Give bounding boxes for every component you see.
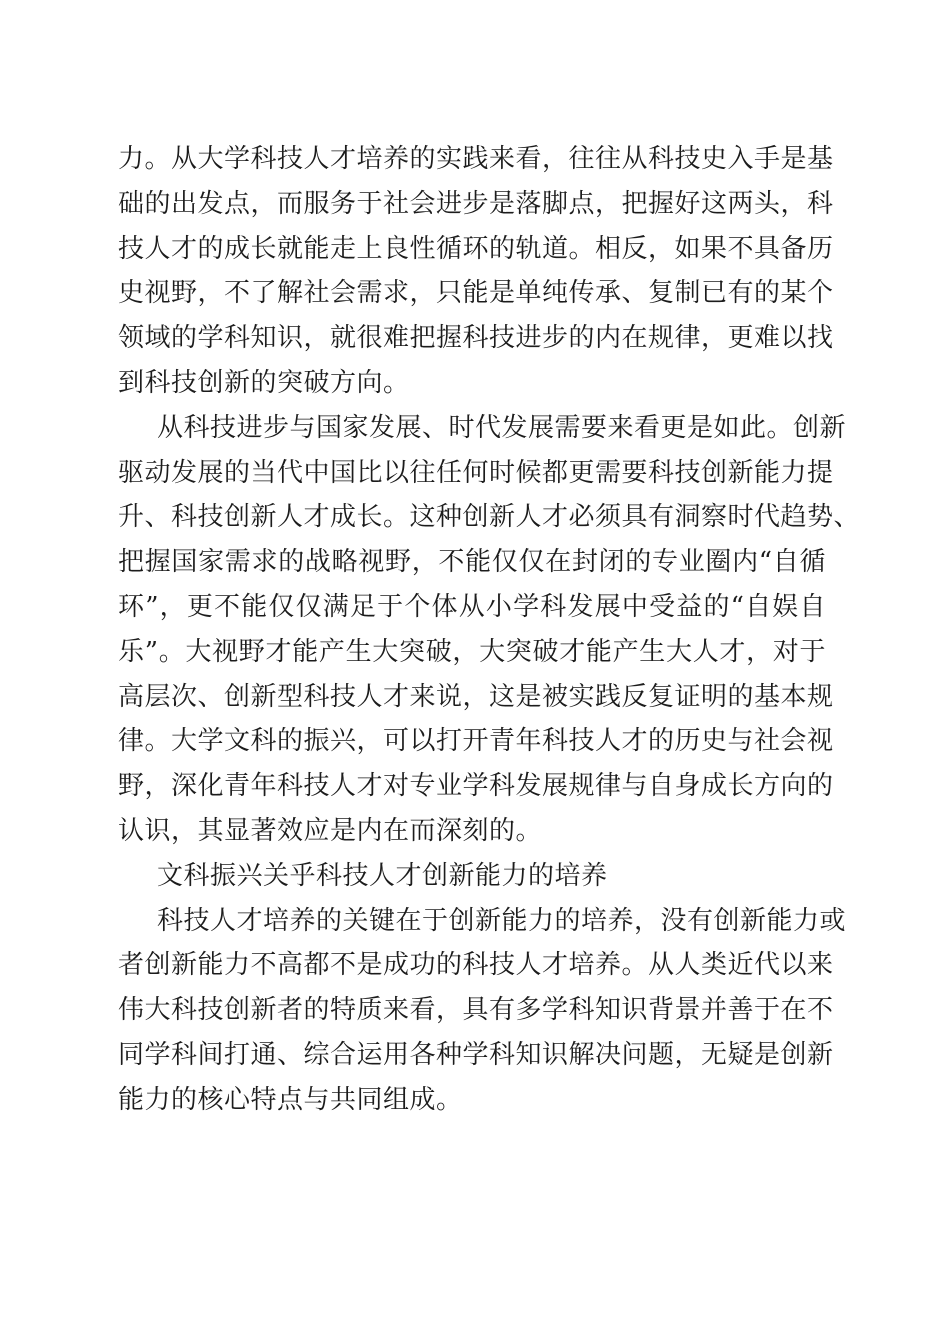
text-line: 领域的学科知识，就很难把握科技进步的内在规律，更难以找 bbox=[118, 316, 826, 361]
text-line: 伟大科技创新者的特质来看，具有多学科知识背景并善于在不 bbox=[118, 988, 826, 1033]
text-line: 史视野，不了解社会需求，只能是单纯传承、复制已有的某个 bbox=[118, 271, 826, 316]
text-line: 环”，更不能仅仅满足于个体从小学科发展中受益的“自娱自 bbox=[118, 585, 826, 630]
text-line: 野，深化青年科技人才对专业学科发展规律与自身成长方向的 bbox=[118, 764, 826, 809]
text-line: 础的出发点，而服务于社会进步是落脚点，把握好这两头，科 bbox=[118, 182, 826, 227]
text-line: 乐”。大视野才能产生大突破，大突破才能产生大人才，对于 bbox=[118, 630, 826, 675]
text-line: 技人才的成长就能走上良性循环的轨道。相反，如果不具备历 bbox=[118, 227, 826, 272]
document-page: 力。从大学科技人才培养的实践来看，往往从科技史入手是基础的出发点，而服务于社会进… bbox=[0, 0, 950, 1344]
document-text-block: 力。从大学科技人才培养的实践来看，往往从科技史入手是基础的出发点，而服务于社会进… bbox=[118, 137, 826, 1123]
text-line: 者创新能力不高都不是成功的科技人才培养。从人类近代以来 bbox=[118, 943, 826, 988]
text-line: 驱动发展的当代中国比以往任何时候都更需要科技创新能力提 bbox=[118, 451, 826, 496]
text-line: 律。大学文科的振兴，可以打开青年科技人才的历史与社会视 bbox=[118, 719, 826, 764]
text-line: 能力的核心特点与共同组成。 bbox=[118, 1078, 826, 1123]
text-line: 把握国家需求的战略视野，不能仅仅在封闭的专业圈内“自循 bbox=[118, 540, 826, 585]
text-line: 从科技进步与国家发展、时代发展需要来看更是如此。创新 bbox=[118, 406, 826, 451]
text-line: 同学科间打通、综合运用各种学科知识解决问题，无疑是创新 bbox=[118, 1033, 826, 1078]
text-line: 升、科技创新人才成长。这种创新人才必须具有洞察时代趋势、 bbox=[118, 495, 826, 540]
text-line: 到科技创新的突破方向。 bbox=[118, 361, 826, 406]
text-line: 高层次、创新型科技人才来说，这是被实践反复证明的基本规 bbox=[118, 675, 826, 720]
text-line: 科技人才培养的关键在于创新能力的培养，没有创新能力或 bbox=[118, 899, 826, 944]
text-line: 力。从大学科技人才培养的实践来看，往往从科技史入手是基 bbox=[118, 137, 826, 182]
text-line: 认识，其显著效应是内在而深刻的。 bbox=[118, 809, 826, 854]
section-heading-line: 文科振兴关乎科技人才创新能力的培养 bbox=[118, 854, 826, 899]
